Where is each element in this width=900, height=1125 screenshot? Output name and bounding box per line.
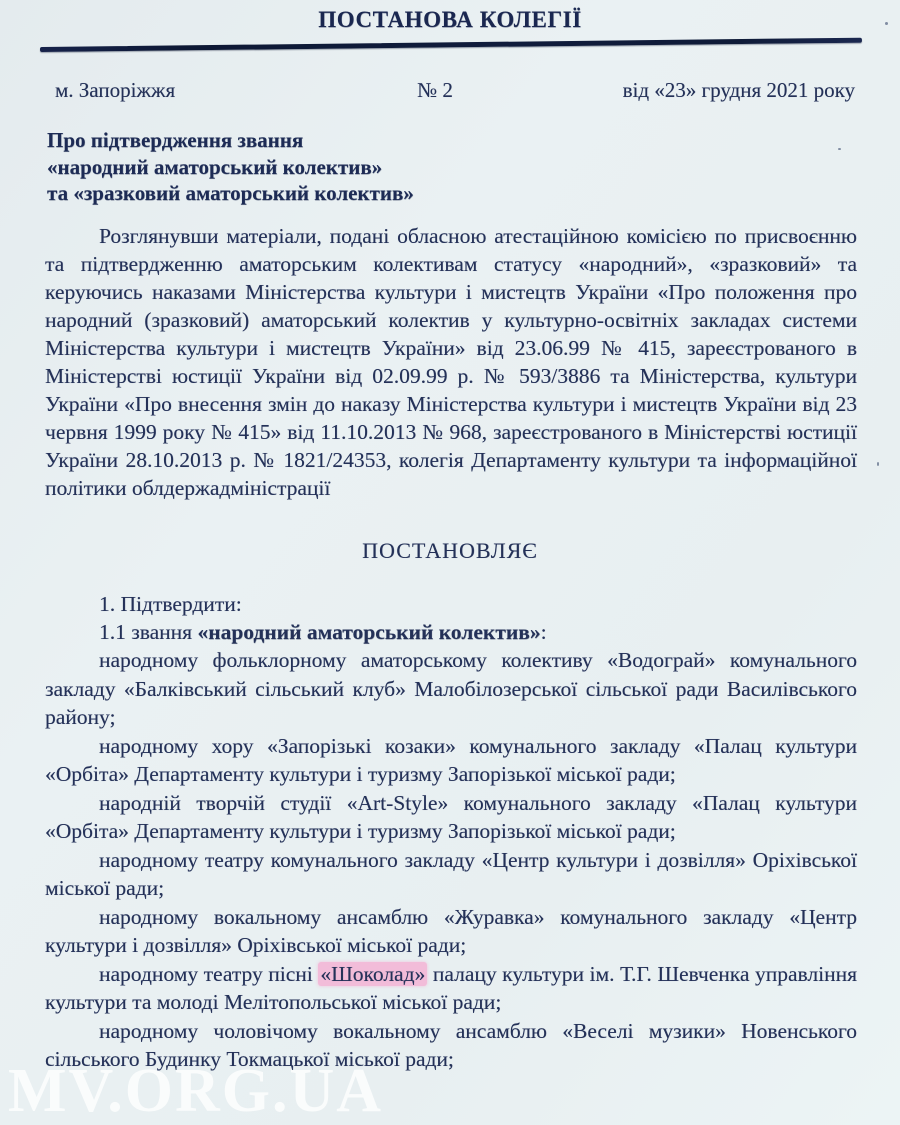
watermark: MV.ORG.UA [8, 1056, 383, 1125]
scan-speckle [877, 462, 879, 466]
collective-item: народному театру комунального закладу «Ц… [45, 846, 857, 903]
document-subject: Про підтвердження звання «народний амато… [47, 127, 607, 207]
item-1-1: 1.1 звання «народний аматорський колекти… [45, 618, 857, 646]
meta-city: м. Запоріжжя [55, 78, 457, 103]
operative-section: 1. Підтвердити: 1.1 звання «народний ама… [45, 590, 857, 1074]
header-rule [40, 38, 862, 52]
item-confirm: 1. Підтвердити: [45, 590, 857, 618]
collective-pre-text: народному театру пісні [99, 962, 318, 986]
document-meta-row: м. Запоріжжя № 2 від «23» грудня 2021 ро… [55, 78, 855, 103]
scan-speckle [838, 148, 841, 150]
highlighted-word: «Шоколад» [318, 962, 427, 986]
document-title: ПОСТАНОВА КОЛЕГІЇ [0, 7, 900, 33]
collective-item-highlighted: народному театру пісні «Шоколад» палацу … [45, 960, 857, 1017]
item-1-1-suffix: : [541, 620, 547, 644]
subject-line-2: «народний аматорський колектив» [47, 154, 607, 181]
subject-line-3: та «зразковий аматорський колектив» [47, 180, 607, 207]
subject-line-1: Про підтвердження звання [47, 127, 607, 154]
scanned-document-page: ПОСТАНОВА КОЛЕГІЇ м. Запоріжжя № 2 від «… [0, 0, 900, 1125]
collectives-list: народному фольклорному аматорському коле… [45, 646, 857, 1074]
meta-document-number: № 2 [417, 78, 453, 103]
meta-date: від «23» грудня 2021 року [453, 78, 855, 103]
item-1-1-bold-title: «народний аматорський колектив» [197, 620, 540, 644]
resolves-heading: ПОСТАНОВЛЯЄ [0, 538, 900, 564]
item-1-1-prefix: 1.1 звання [99, 620, 197, 644]
collective-item: народному хору «Запорізькі козаки» комун… [45, 732, 857, 789]
scan-speckle [885, 22, 888, 25]
collective-item: народному фольклорному аматорському коле… [45, 646, 857, 732]
preamble-paragraph: Розглянувши матеріали, подані обласною а… [45, 222, 857, 502]
collective-item: народному вокальному ансамблю «Журавка» … [45, 903, 857, 960]
collective-item: народній творчій студії «Art-Style» кому… [45, 789, 857, 846]
